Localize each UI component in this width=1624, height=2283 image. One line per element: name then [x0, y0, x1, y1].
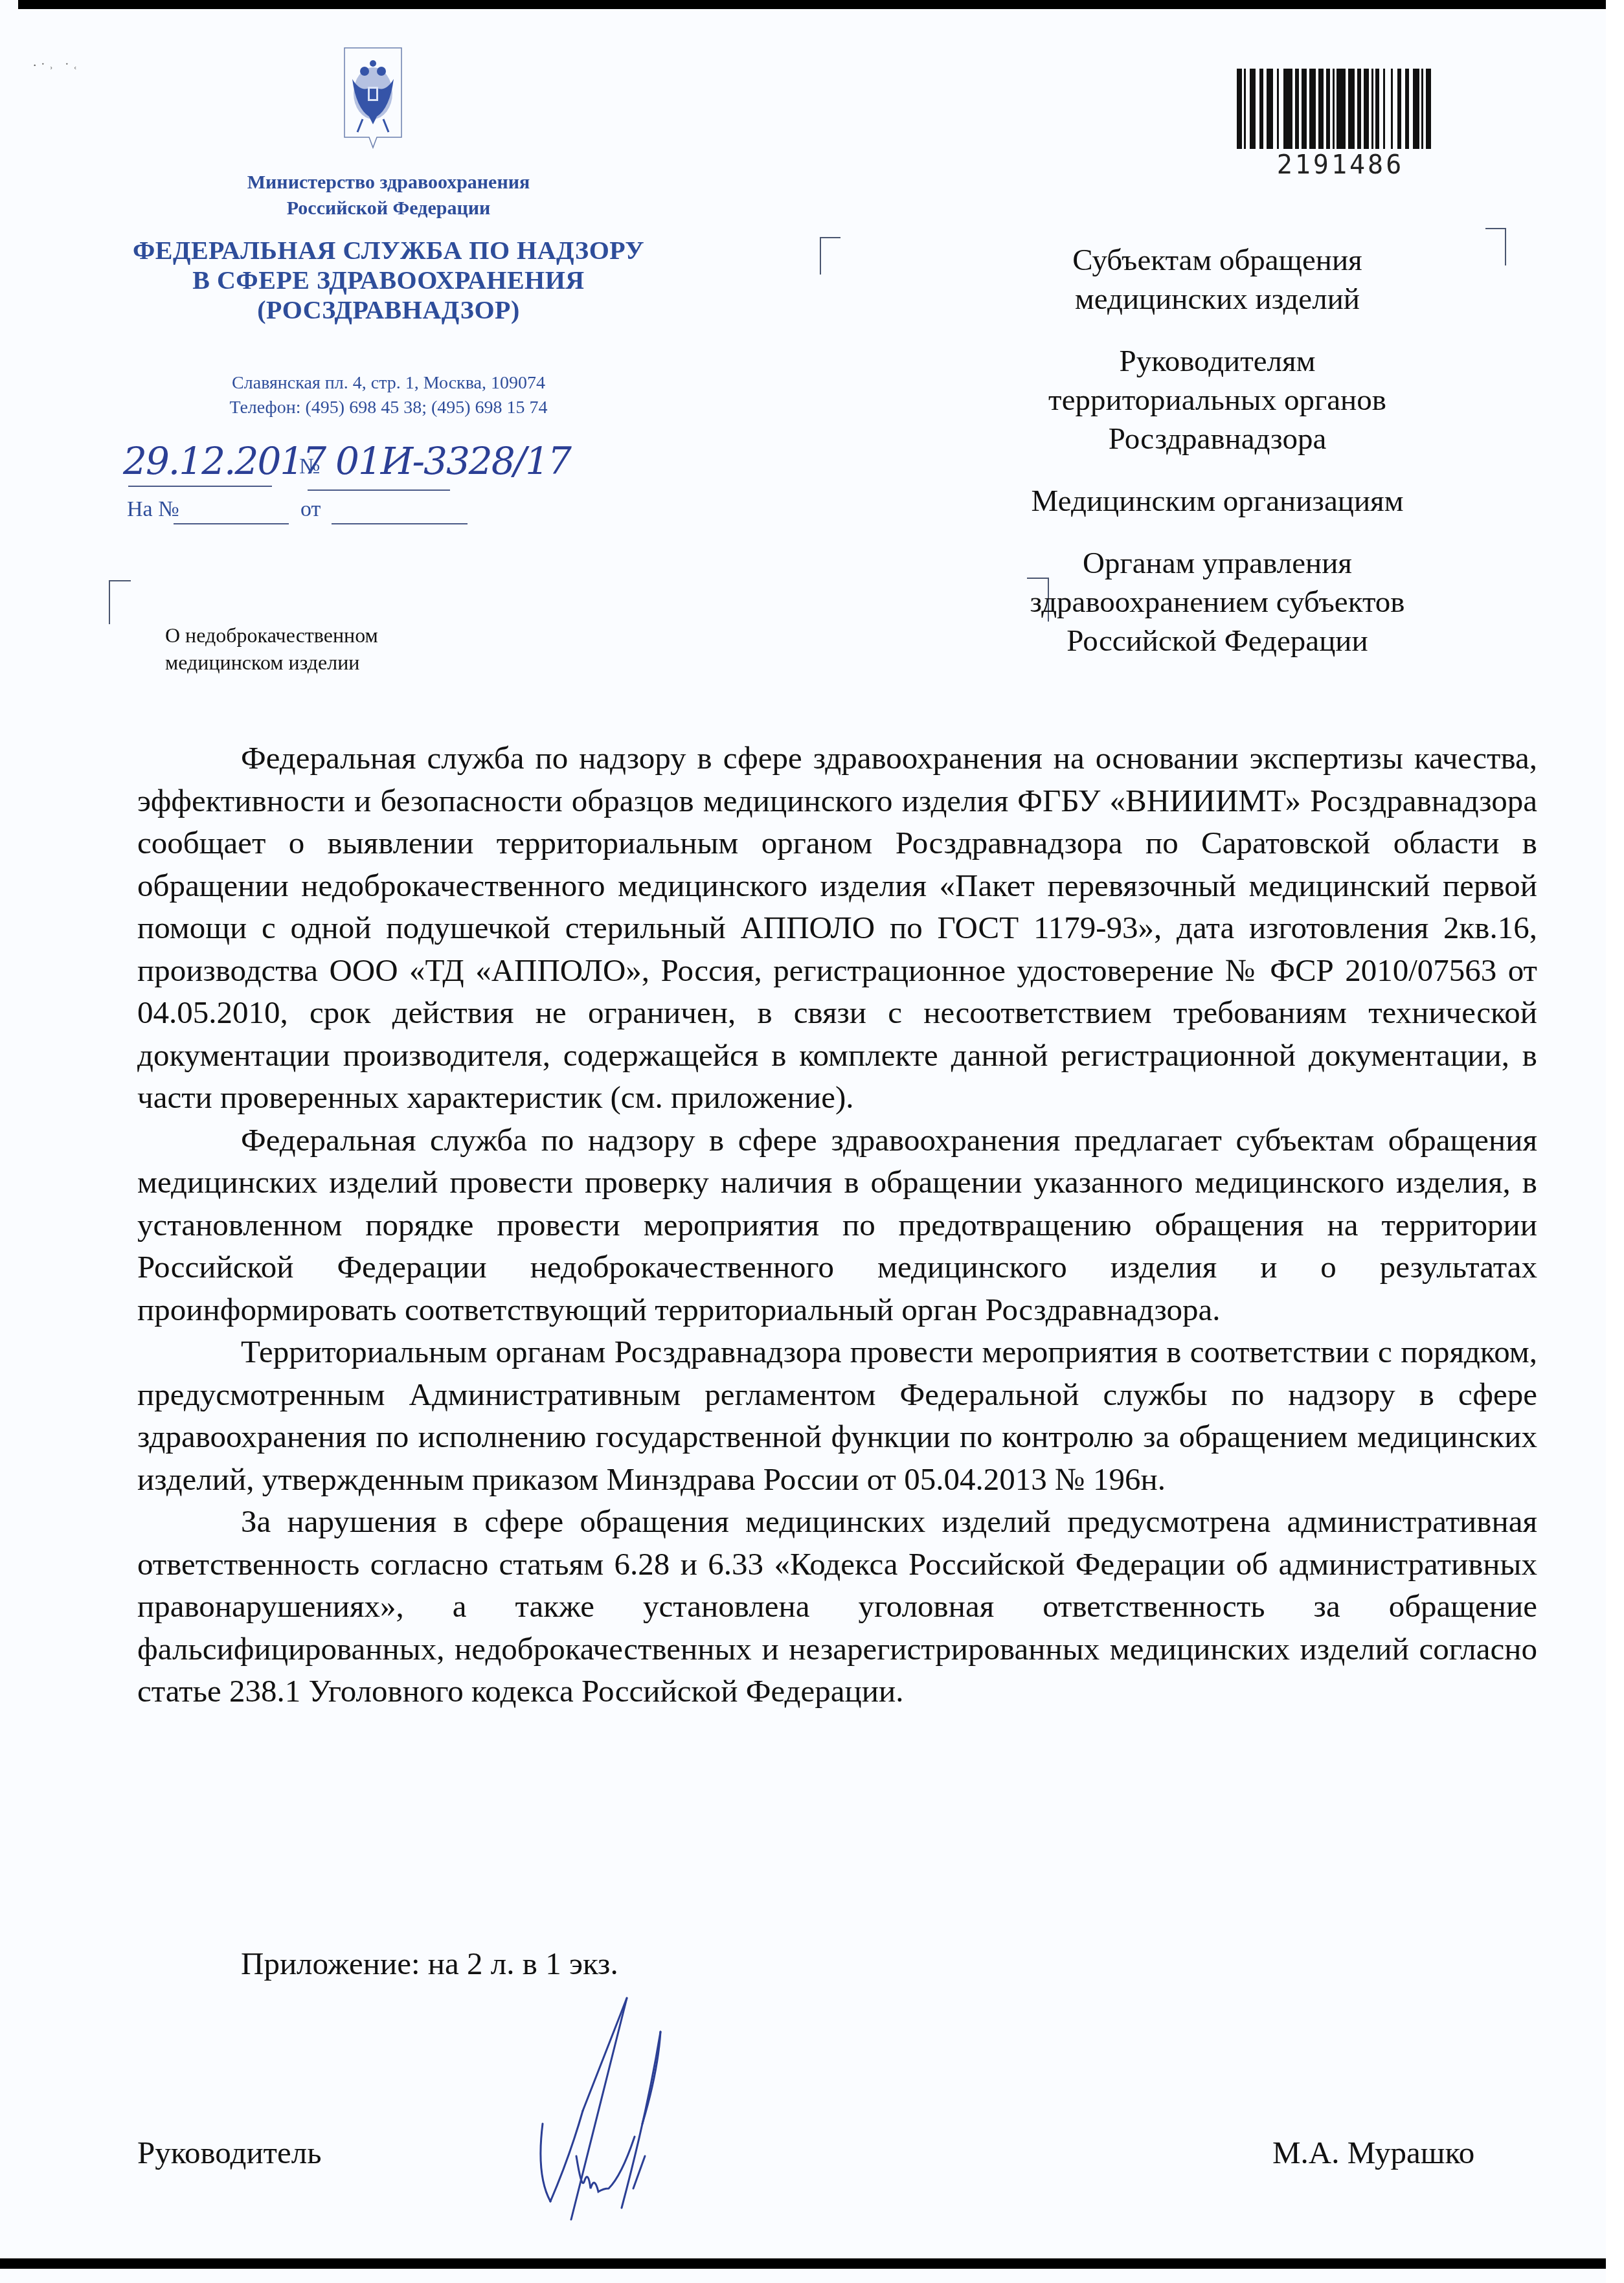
reply-to-field — [174, 523, 289, 524]
coat-of-arms-icon — [343, 47, 403, 149]
phone: Телефон: (495) 698 45 38; (495) 698 15 7… — [130, 396, 648, 420]
scan-margin-right — [1606, 0, 1624, 2283]
handwritten-signature-icon — [531, 1994, 699, 2221]
subject-line2: медицинском изделии — [165, 649, 489, 676]
recipient-line: здравоохранением субъектов — [894, 583, 1541, 622]
outgoing-date: 29.12.2017 — [123, 439, 325, 483]
recipient-group: Органам управления здравоохранением субъ… — [894, 544, 1541, 660]
body-paragraph: За нарушения в сфере обращения медицинск… — [137, 1500, 1537, 1713]
recipient-group: Субъектам обращения медицинских изделий — [894, 241, 1541, 319]
address: Славянская пл. 4, стр. 1, Москва, 109074 — [130, 372, 648, 395]
number-label: № — [299, 455, 320, 479]
attachment-note: Приложение: на 2 л. в 1 экз. — [241, 1945, 618, 1982]
letterhead: Министерство здравоохранения Российской … — [0, 0, 777, 363]
service-name-line2: В СФЕРЕ ЗДРАВООХРАНЕНИЯ — [104, 265, 673, 295]
body-paragraph: Территориальным органам Росздравнадзора … — [137, 1331, 1537, 1500]
barcode-number: 2191486 — [1269, 150, 1412, 180]
recipient-group: Руководителям территориальных органов Ро… — [894, 342, 1541, 458]
recipients-list: Субъектам обращения медицинских изделий … — [894, 241, 1541, 684]
outgoing-number: 01И-3328/17 — [335, 439, 570, 483]
letter-body: Федеральная служба по надзору в сфере зд… — [137, 737, 1537, 1713]
recipient-line: Руководителям — [894, 342, 1541, 381]
reply-to-label: На № — [127, 497, 179, 522]
recipient-line: Медицинским организациям — [894, 482, 1541, 521]
corner-mark-top-left — [109, 580, 131, 624]
recipient-line: Органам управления — [894, 544, 1541, 583]
subject-line1: О недоброкачественном — [165, 622, 489, 649]
service-name-line3: (РОСЗДРАВНАДЗОР) — [104, 295, 673, 325]
ministry-name-line2: Российской Федерации — [162, 196, 615, 221]
recipient-line: территориальных органов — [894, 381, 1541, 420]
signatory-name: М.А. Мурашко — [1272, 2134, 1474, 2171]
body-paragraph: Федеральная служба по надзору в сфере зд… — [137, 737, 1537, 1119]
service-name-line1: ФЕДЕРАЛЬНАЯ СЛУЖБА ПО НАДЗОРУ — [104, 236, 673, 265]
body-paragraph: Федеральная служба по надзору в сфере зд… — [137, 1119, 1537, 1331]
recipient-line: Российской Федерации — [894, 622, 1541, 660]
recipient-line: Росздравнадзора — [894, 420, 1541, 458]
reply-from-label: от — [300, 497, 321, 522]
signatory-title: Руководитель — [137, 2134, 322, 2171]
recipient-line: медицинских изделий — [894, 280, 1541, 319]
recipients-corner-top-left — [820, 237, 840, 275]
recipient-line: Субъектам обращения — [894, 241, 1541, 280]
reply-from-field — [332, 523, 468, 524]
registration-block: 29.12.2017 № 01И-3328/17 На № от — [0, 427, 777, 544]
barcode-icon — [1237, 69, 1431, 149]
recipient-group: Медицинским организациям — [894, 482, 1541, 521]
scan-border-bottom — [0, 2258, 1606, 2269]
ministry-name-line1: Министерство здравоохранения — [162, 170, 615, 196]
